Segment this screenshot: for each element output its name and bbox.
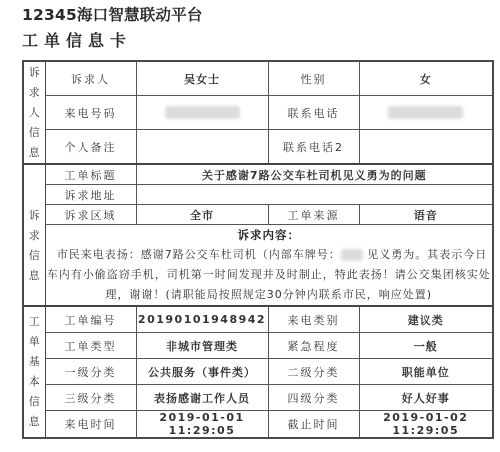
field-label: 来电时间: [45, 411, 136, 439]
section-char: 信: [24, 392, 45, 412]
call-time-value: 2019-01-01 11:29:05: [136, 411, 268, 439]
section-char: 求: [24, 226, 45, 246]
request-content: 诉求内容： 市民来电表扬：感谢7路公交车杜司机（内部车牌号： 见义勇为。其表示今…: [45, 225, 493, 307]
table-row: 诉 求 人 信 息 诉求人 吴女士 性别 女: [23, 61, 493, 96]
spacer: [24, 184, 45, 206]
field-label: 工单编号: [45, 306, 136, 333]
field-label: 二级分类: [268, 359, 359, 385]
platform-title: 12345海口智慧联动平台: [22, 3, 203, 25]
redaction-blur: [341, 249, 363, 261]
table-row: 三级分类 表扬感谢工作人员 四级分类 好人好事: [23, 385, 493, 411]
order-type-value: 非城市管理类: [136, 333, 268, 359]
table-row: 来电时间 2019-01-01 11:29:05 截止时间 2019-01-02…: [23, 411, 493, 439]
field-label: 四级分类: [268, 385, 359, 411]
field-label: 三级分类: [45, 385, 136, 411]
field-label: 一级分类: [45, 359, 136, 385]
level1-category-value: 公共服务（事件类）: [136, 359, 268, 385]
section-char: 信: [24, 246, 45, 266]
section-char: 基: [24, 352, 45, 372]
section-char: 诉: [24, 206, 45, 226]
level3-category-value: 表扬感谢工作人员: [136, 385, 268, 411]
section-char: 诉: [24, 63, 45, 83]
section-label-basic: 工 单 基 本 信 息: [23, 306, 45, 438]
section-char: 信: [24, 123, 45, 143]
table-row: 来电号码 联系电话: [23, 96, 493, 130]
field-label: 性别: [268, 61, 359, 96]
field-label: 诉求地址: [45, 185, 136, 205]
table-row: 个人备注 联系电话2: [23, 130, 493, 165]
section-char: 息: [24, 412, 45, 432]
field-label: 诉求区域: [45, 205, 136, 225]
petitioner-name: 吴女士: [136, 61, 268, 96]
table-row: 诉求区域 全市 工单来源 语音: [23, 205, 493, 225]
table-row: 一级分类 公共服务（事件类） 二级分类 职能单位: [23, 359, 493, 385]
field-label: 截止时间: [268, 411, 359, 439]
table-row: 诉求地址: [23, 185, 493, 205]
section-char: 人: [24, 103, 45, 123]
deadline-value: 2019-01-02 11:29:05: [359, 411, 493, 439]
contact-phone2-value: [359, 130, 493, 165]
table-row: 工单类型 非城市管理类 紧急程度 一般: [23, 333, 493, 359]
area-value: 全市: [136, 205, 268, 225]
call-category-value: 建议类: [359, 306, 493, 333]
field-label: 工单标题: [45, 164, 136, 185]
work-order-table: 诉 求 人 信 息 诉求人 吴女士 性别 女 来电号码 联系电话 个人备注 联系…: [22, 60, 494, 439]
section-char: 单: [24, 332, 45, 352]
caller-number-redacted: [136, 96, 268, 130]
section-char: 本: [24, 372, 45, 392]
source-value: 语音: [359, 205, 493, 225]
section-char: 息: [24, 266, 45, 286]
field-label: 紧急程度: [268, 333, 359, 359]
field-label: 来电类别: [268, 306, 359, 333]
urgency-value: 一般: [359, 333, 493, 359]
section-label-petitioner: 诉 求 人 信 息: [23, 61, 45, 164]
personal-note-value: [136, 130, 268, 165]
field-label: 联系电话2: [268, 130, 359, 165]
section-char: 求: [24, 83, 45, 103]
level4-category-value: 好人好事: [359, 385, 493, 411]
redaction-blur: [165, 106, 240, 119]
level2-category-value: 职能单位: [359, 359, 493, 385]
address-value: [136, 185, 493, 205]
section-char: 息: [24, 143, 45, 163]
content-text: 市民来电表扬：感谢7路公交车杜司机（内部车牌号：: [57, 248, 341, 261]
contact-phone-redacted: [359, 96, 493, 130]
table-row: 诉求内容： 市民来电表扬：感谢7路公交车杜司机（内部车牌号： 见义勇为。其表示今…: [23, 225, 493, 307]
card-title: 工单信息卡: [22, 28, 132, 51]
section-char: 工: [24, 312, 45, 332]
redaction-blur: [388, 106, 463, 119]
field-label: 个人备注: [45, 130, 136, 165]
field-label: 诉求人: [45, 61, 136, 96]
content-title: 诉求内容：: [46, 225, 493, 245]
field-label: 工单类型: [45, 333, 136, 359]
table-row: 诉 求 信 息 工单标题 关于感谢7路公交车杜司机见义勇为的问题: [23, 164, 493, 185]
field-label: 联系电话: [268, 96, 359, 130]
section-label-request: 诉 求 信 息: [23, 164, 45, 306]
order-number-value: 20190101948942: [136, 306, 268, 333]
field-label: 工单来源: [268, 205, 359, 225]
order-title-value: 关于感谢7路公交车杜司机见义勇为的问题: [136, 164, 493, 185]
field-label: 来电号码: [45, 96, 136, 130]
table-row: 工 单 基 本 信 息 工单编号 20190101948942 来电类别 建议类: [23, 306, 493, 333]
gender-value: 女: [359, 61, 493, 96]
content-body: 市民来电表扬：感谢7路公交车杜司机（内部车牌号： 见义勇为。其表示今日车内有小偷…: [46, 245, 493, 305]
